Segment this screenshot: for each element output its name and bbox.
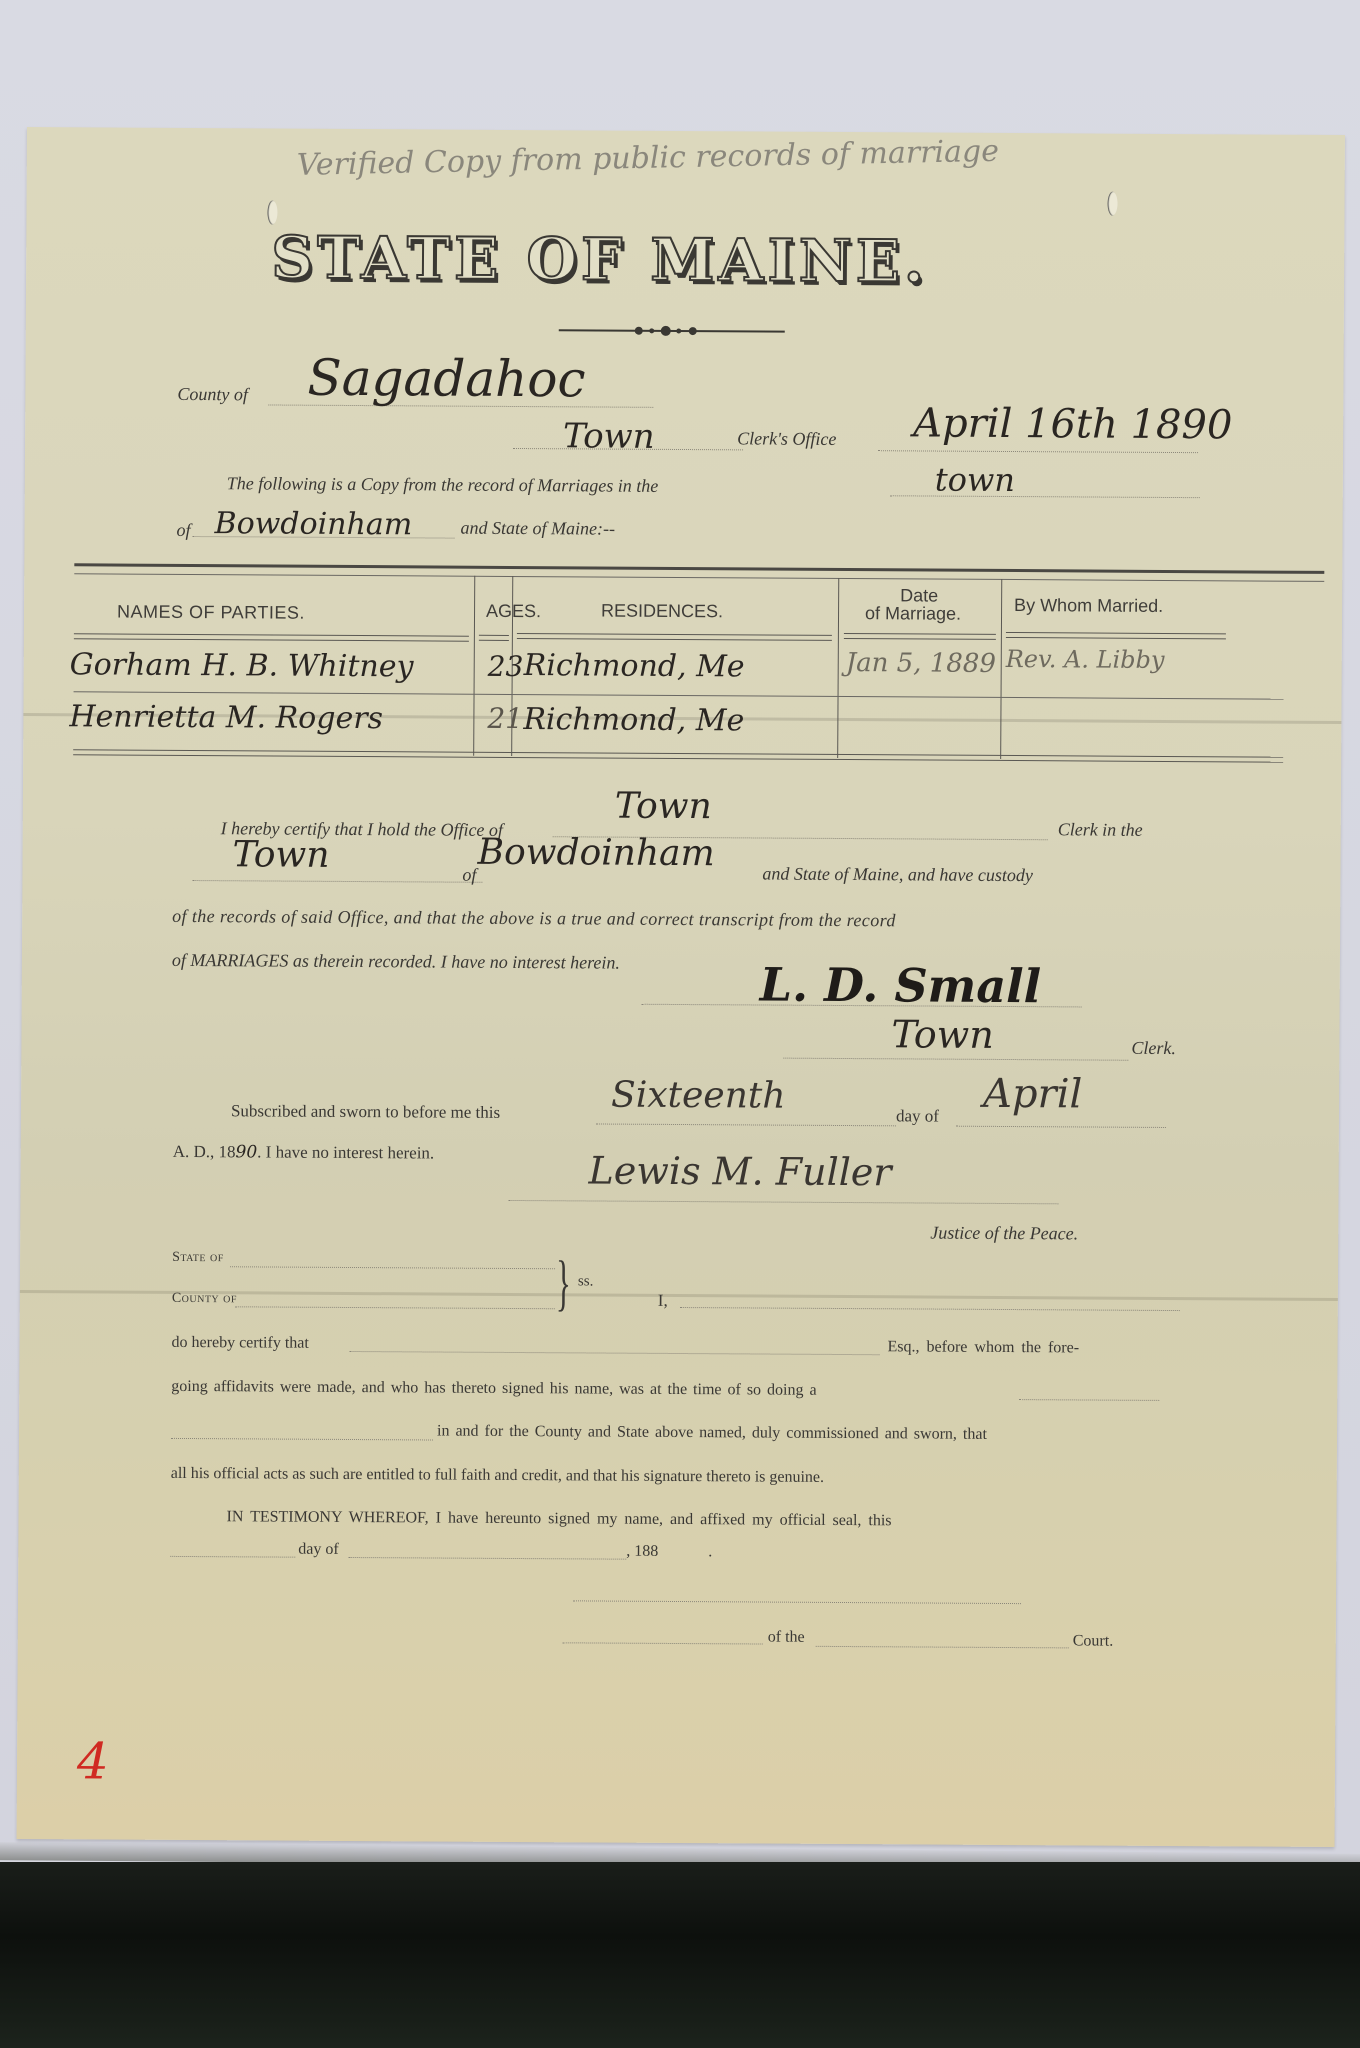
- header-underline: [74, 633, 469, 641]
- court-line4: all his official acts as such are entitl…: [171, 1465, 824, 1487]
- pencil-note: Verified Copy from public records of mar…: [297, 134, 1000, 183]
- town-name: Bowdoinham: [214, 506, 412, 542]
- court-line2: going affidavits were made, and who has …: [171, 1378, 816, 1400]
- clerk-label: Clerk.: [1131, 1038, 1176, 1059]
- party-age: 23: [488, 650, 524, 683]
- column-divider: [1000, 579, 1002, 759]
- court-label: Court.: [1073, 1632, 1114, 1650]
- fill-line: [508, 1200, 1058, 1204]
- column-divider: [473, 576, 475, 756]
- ornament-dot: [661, 326, 671, 336]
- clerk-title: Town: [891, 1012, 994, 1057]
- fill-line: [170, 1556, 295, 1558]
- court-line3: in and for the County and State above na…: [437, 1423, 987, 1444]
- table-bottom-rule: [73, 749, 1283, 762]
- cert-line3: of the records of said Office, and that …: [172, 906, 896, 931]
- party-name: Henrietta M. Rogers: [69, 699, 383, 736]
- ad-prefix: A. D., 18: [173, 1142, 236, 1161]
- cert-line2-suffix: and State of Maine, and have custody: [762, 864, 1033, 887]
- brace: }: [556, 1252, 571, 1314]
- of-label: of: [176, 520, 190, 541]
- title-ornament: [559, 329, 785, 332]
- jp-label: Justice of the Peace.: [930, 1223, 1078, 1245]
- row-rule: [74, 691, 1284, 699]
- cert-place: Bowdoinham: [477, 832, 714, 874]
- fill-line: [348, 1557, 626, 1560]
- following-label: The following is a Copy from the record …: [227, 473, 659, 497]
- record-date: April 16th 1890: [913, 400, 1232, 448]
- cert-line1-suffix: Clerk in the: [1058, 819, 1143, 841]
- following-value: town: [935, 461, 1015, 499]
- state-label: and State of Maine:--: [460, 518, 615, 540]
- header-underline: [479, 635, 509, 641]
- i-label: I,: [658, 1291, 668, 1311]
- header-underline: [844, 633, 996, 640]
- clerk-signature: L. D. Small: [760, 957, 1042, 1013]
- marriage-date: Jan 5, 1889: [846, 648, 996, 679]
- county-value: Sagadahoc: [307, 349, 585, 409]
- ornament-dot: [635, 327, 643, 335]
- table-rule: [74, 573, 1324, 582]
- oath-month: April: [983, 1071, 1082, 1118]
- fill-line: [230, 1266, 555, 1269]
- ornament-dot: [649, 328, 654, 333]
- certify-prefix: do hereby certify that: [172, 1334, 309, 1353]
- header-date-line2: of Marriage.: [865, 603, 961, 625]
- document-title: STATE OF MAINE.: [271, 223, 928, 295]
- ad-label: A. D., 1890. I have no interest herein.: [173, 1142, 435, 1164]
- table-top-rule: [74, 563, 1324, 574]
- cert-line4: of MARRIAGES as therein recorded. I have…: [172, 950, 620, 974]
- day-of-label: day of: [896, 1106, 939, 1126]
- certify-suffix: Esq., before whom the fore-: [888, 1338, 1080, 1357]
- testimony-year: , 188: [626, 1543, 658, 1561]
- column-divider: [837, 578, 839, 758]
- dark-surface: [0, 1862, 1360, 2048]
- fill-line: [235, 1306, 555, 1309]
- ornament-dot: [689, 327, 697, 335]
- testimony-day-of: day of: [298, 1541, 339, 1559]
- marriage-record-document: Verified Copy from public records of mar…: [17, 127, 1345, 1847]
- punch-hole: [1107, 192, 1117, 216]
- fill-line: [1019, 1399, 1159, 1401]
- fill-line: [596, 1123, 896, 1126]
- cert-town-value: Town: [232, 834, 329, 876]
- fill-line: [878, 450, 1198, 453]
- header-by-whom: By Whom Married.: [1014, 595, 1163, 617]
- ornament-dot: [676, 328, 681, 333]
- fill-line: [563, 1642, 763, 1644]
- testimony-period: .: [708, 1543, 712, 1561]
- office-value: Town: [615, 786, 712, 828]
- clerks-office-label: Clerk's Office: [737, 428, 836, 450]
- party-residence: Richmond, Me: [524, 648, 745, 684]
- party-residence: Richmond, Me: [523, 702, 744, 738]
- county-of-label: County of: [172, 1291, 237, 1307]
- fill-line: [816, 1646, 1069, 1649]
- page-number-mark: 4: [77, 1732, 109, 1790]
- officiant: Rev. A. Libby: [1006, 645, 1165, 674]
- of-the-label: of the: [768, 1629, 805, 1647]
- state-of-label: State of: [172, 1250, 224, 1266]
- punch-hole: [267, 200, 277, 224]
- jp-signature: Lewis M. Fuller: [589, 1148, 892, 1194]
- header-ages: AGES.: [486, 601, 541, 622]
- county-label: County of: [177, 384, 248, 405]
- fill-line: [573, 1600, 1021, 1604]
- header-underline: [1006, 632, 1226, 639]
- fill-line: [192, 880, 482, 883]
- header-residences: RESIDENCES.: [601, 601, 723, 623]
- town-value: Town: [563, 416, 655, 457]
- oath-day: Sixteenth: [611, 1075, 786, 1117]
- header-underline: [517, 633, 832, 641]
- oath-year: 90: [235, 1142, 257, 1162]
- fill-line: [350, 1351, 880, 1355]
- party-age: 21: [487, 702, 523, 735]
- no-interest: . I have no interest herein.: [257, 1142, 434, 1162]
- subscribed-label: Subscribed and sworn to before me this: [231, 1101, 500, 1123]
- fill-line: [680, 1307, 1180, 1311]
- ss-label: ss.: [578, 1273, 594, 1290]
- testimony-text: IN TESTIMONY WHEREOF, I have hereunto si…: [226, 1508, 891, 1530]
- party-name: Gorham H. B. Whitney: [70, 647, 414, 684]
- fill-line: [171, 1438, 433, 1441]
- fill-line: [783, 1058, 1128, 1061]
- header-names: NAMES OF PARTIES.: [117, 602, 305, 624]
- cert-of-label: of: [462, 865, 476, 886]
- fill-line: [956, 1126, 1166, 1128]
